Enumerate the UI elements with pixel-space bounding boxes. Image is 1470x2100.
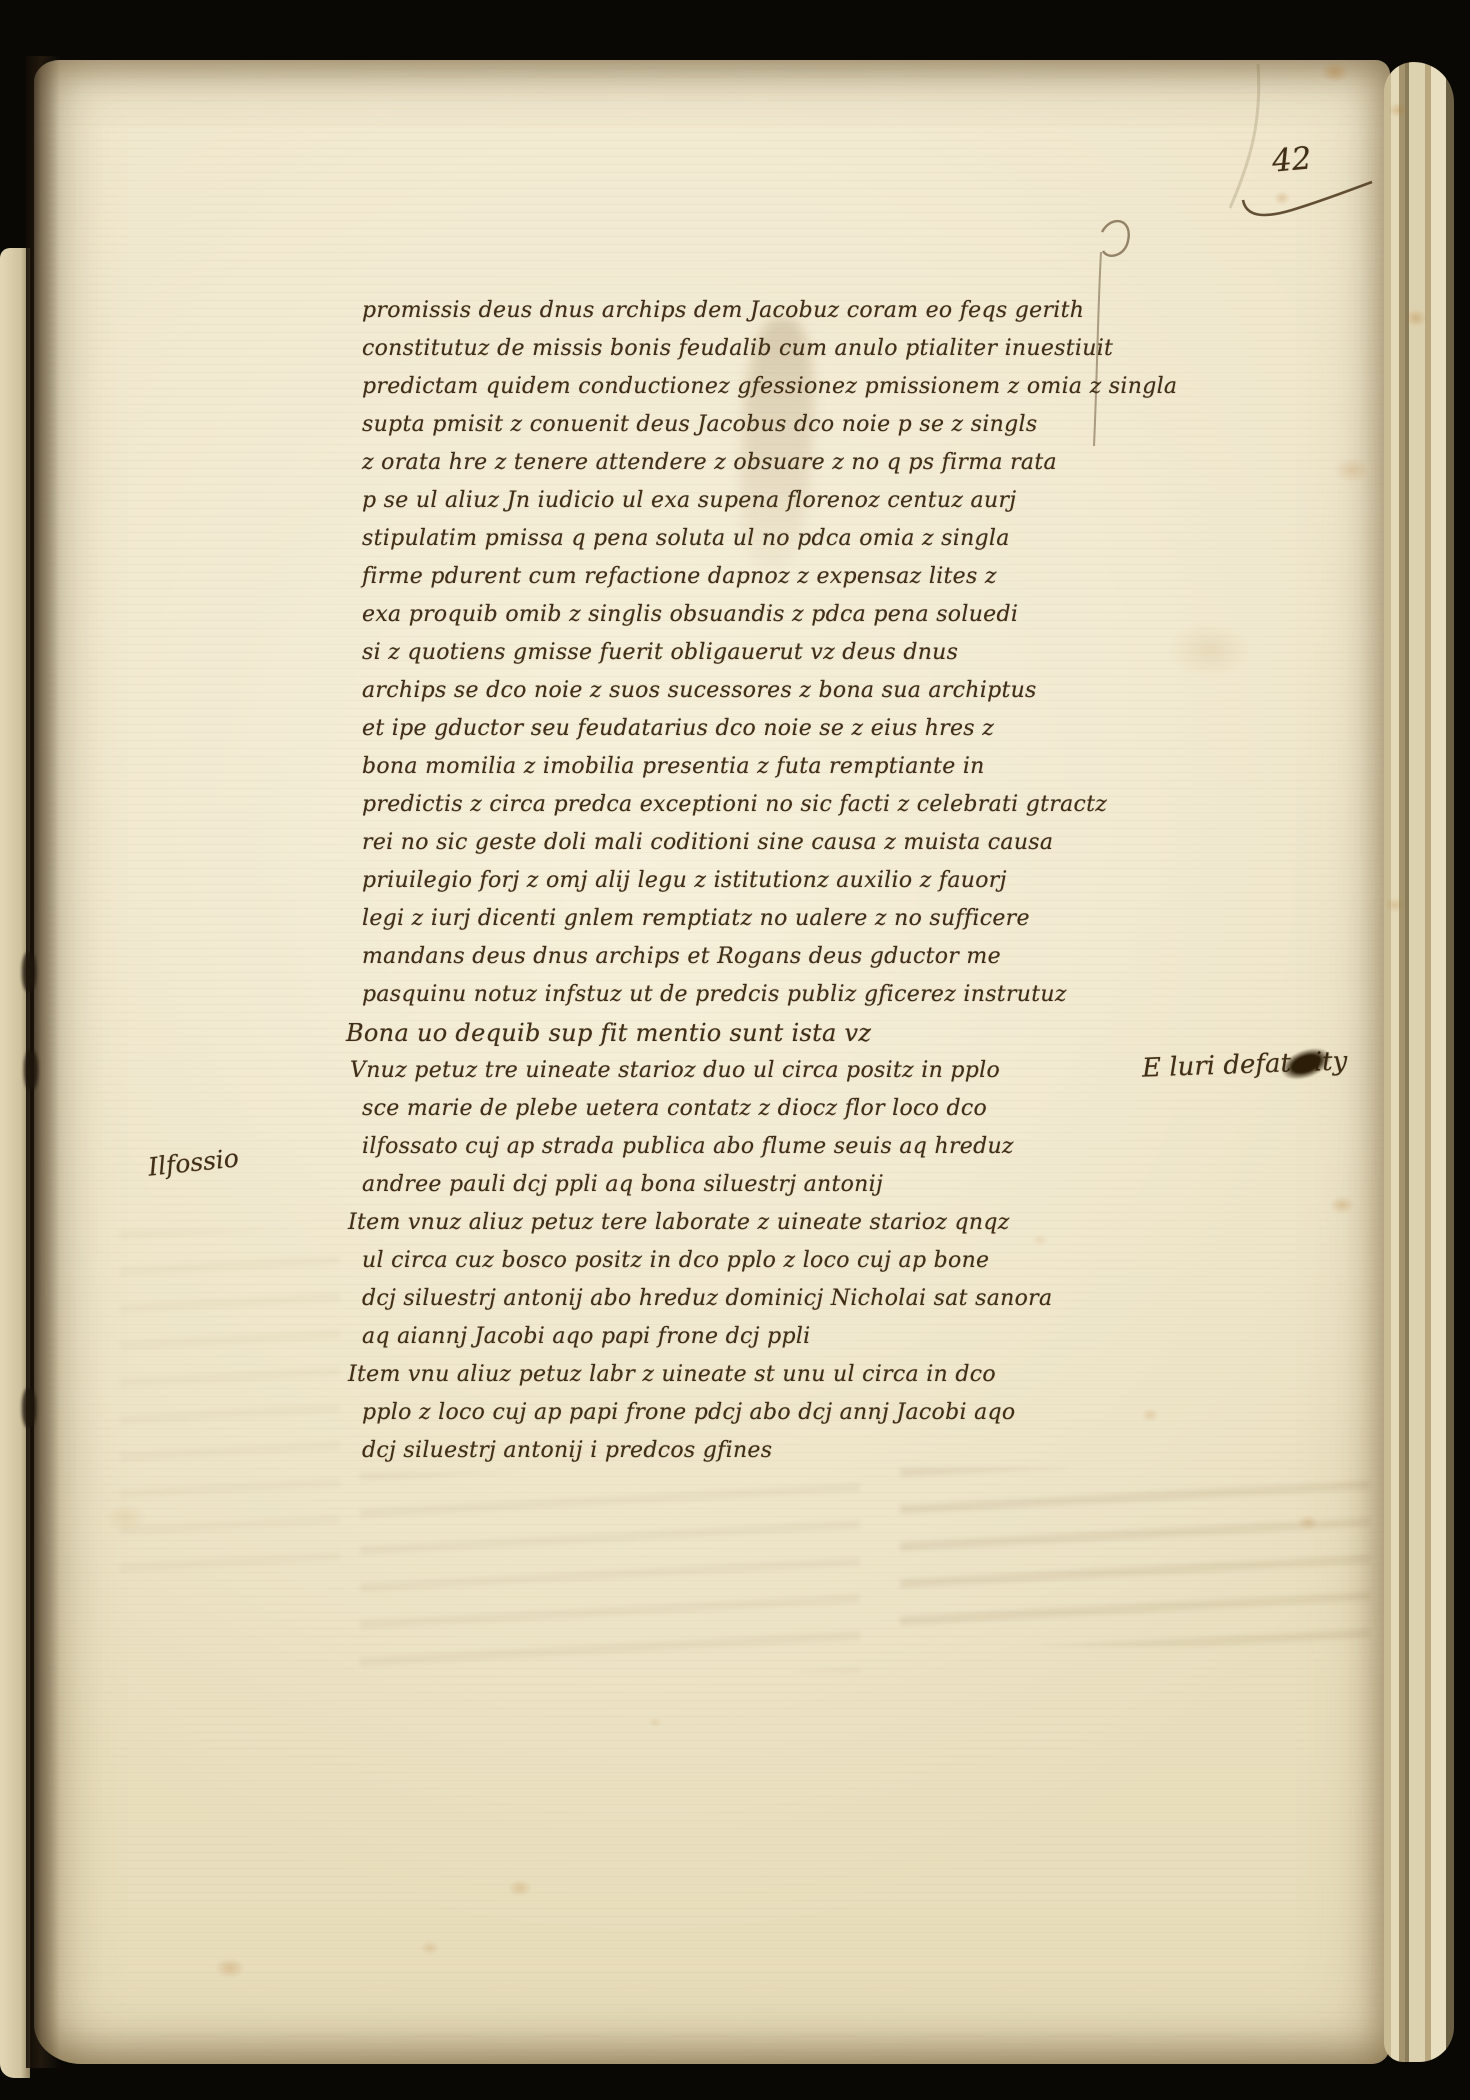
text-line: bona momilia z imobilia presentia z futa…	[362, 748, 1177, 786]
text-line: pasquinu notuz infstuz ut de predcis pub…	[362, 976, 1177, 1014]
sewing-mark	[22, 1388, 36, 1428]
main-text-block: promissis deus dnus archips dem Jacobuz …	[362, 292, 1177, 1470]
text-line: sce marie de plebe uetera contatz z dioc…	[362, 1090, 1177, 1128]
manuscript-scan: 42 promissis deus dnus archips dem Jacob…	[0, 0, 1470, 2100]
text-line: Vnuz petuz tre uineate starioz duo ul ci…	[350, 1052, 1177, 1090]
text-line: dcj siluestrj antonij i predcos gfines	[362, 1432, 1177, 1470]
text-line: constitutuz de missis bonis feudalib cum…	[362, 330, 1177, 368]
text-line: promissis deus dnus archips dem Jacobuz …	[362, 292, 1177, 330]
text-line: et ipe gductor seu feudatarius dco noie …	[362, 710, 1177, 748]
text-line: Item vnuz aliuz petuz tere laborate z ui…	[348, 1204, 1177, 1242]
folio-number: 42	[1271, 140, 1313, 179]
text-line: pplo z loco cuj ap papi frone pdcj abo d…	[362, 1394, 1177, 1432]
sewing-mark	[22, 952, 36, 992]
text-line: legi z iurj dicenti gnlem remptiatz no u…	[362, 900, 1177, 938]
text-line: Item vnu aliuz petuz labr z uineate st u…	[348, 1356, 1177, 1394]
text-line: priuilegio forj z omj alij legu z istitu…	[362, 862, 1177, 900]
text-line: firme pdurent cum refactione dapnoz z ex…	[362, 558, 1177, 596]
text-line: ilfossato cuj ap strada publica abo flum…	[362, 1128, 1177, 1166]
text-line: archips se dco noie z suos sucessores z …	[362, 672, 1177, 710]
text-line: predictis z circa predca exceptioni no s…	[362, 786, 1177, 824]
text-line: aq aiannj Jacobi aqo papi frone dcj ppli	[362, 1318, 1177, 1356]
text-line: exa proquib omib z singlis obsuandis z p…	[362, 596, 1177, 634]
text-line: andree pauli dcj ppli aq bona siluestrj …	[362, 1166, 1177, 1204]
text-line: z orata hre z tenere attendere z obsuare…	[362, 444, 1177, 482]
text-line: p se ul aliuz Jn iudicio ul exa supena f…	[362, 482, 1177, 520]
text-line: mandans deus dnus archips et Rogans deus…	[362, 938, 1177, 976]
text-line: rei no sic geste doli mali coditioni sin…	[362, 824, 1177, 862]
text-line: stipulatim pmissa q pena soluta ul no pd…	[362, 520, 1177, 558]
text-line: predictam quidem conductionez gfessionez…	[362, 368, 1177, 406]
fore-edge-page-stack	[1384, 62, 1454, 2062]
text-line: dcj siluestrj antonij abo hreduz dominic…	[362, 1280, 1177, 1318]
sewing-mark	[24, 1050, 38, 1090]
text-line: supta pmisit z conuenit deus Jacobus dco…	[362, 406, 1177, 444]
text-line: ul circa cuz bosco positz in dco pplo z …	[362, 1242, 1177, 1280]
text-line: Bona uo dequib sup fit mentio sunt ista …	[346, 1014, 1177, 1052]
text-line: si z quotiens gmisse fuerit obligauerut …	[362, 634, 1177, 672]
